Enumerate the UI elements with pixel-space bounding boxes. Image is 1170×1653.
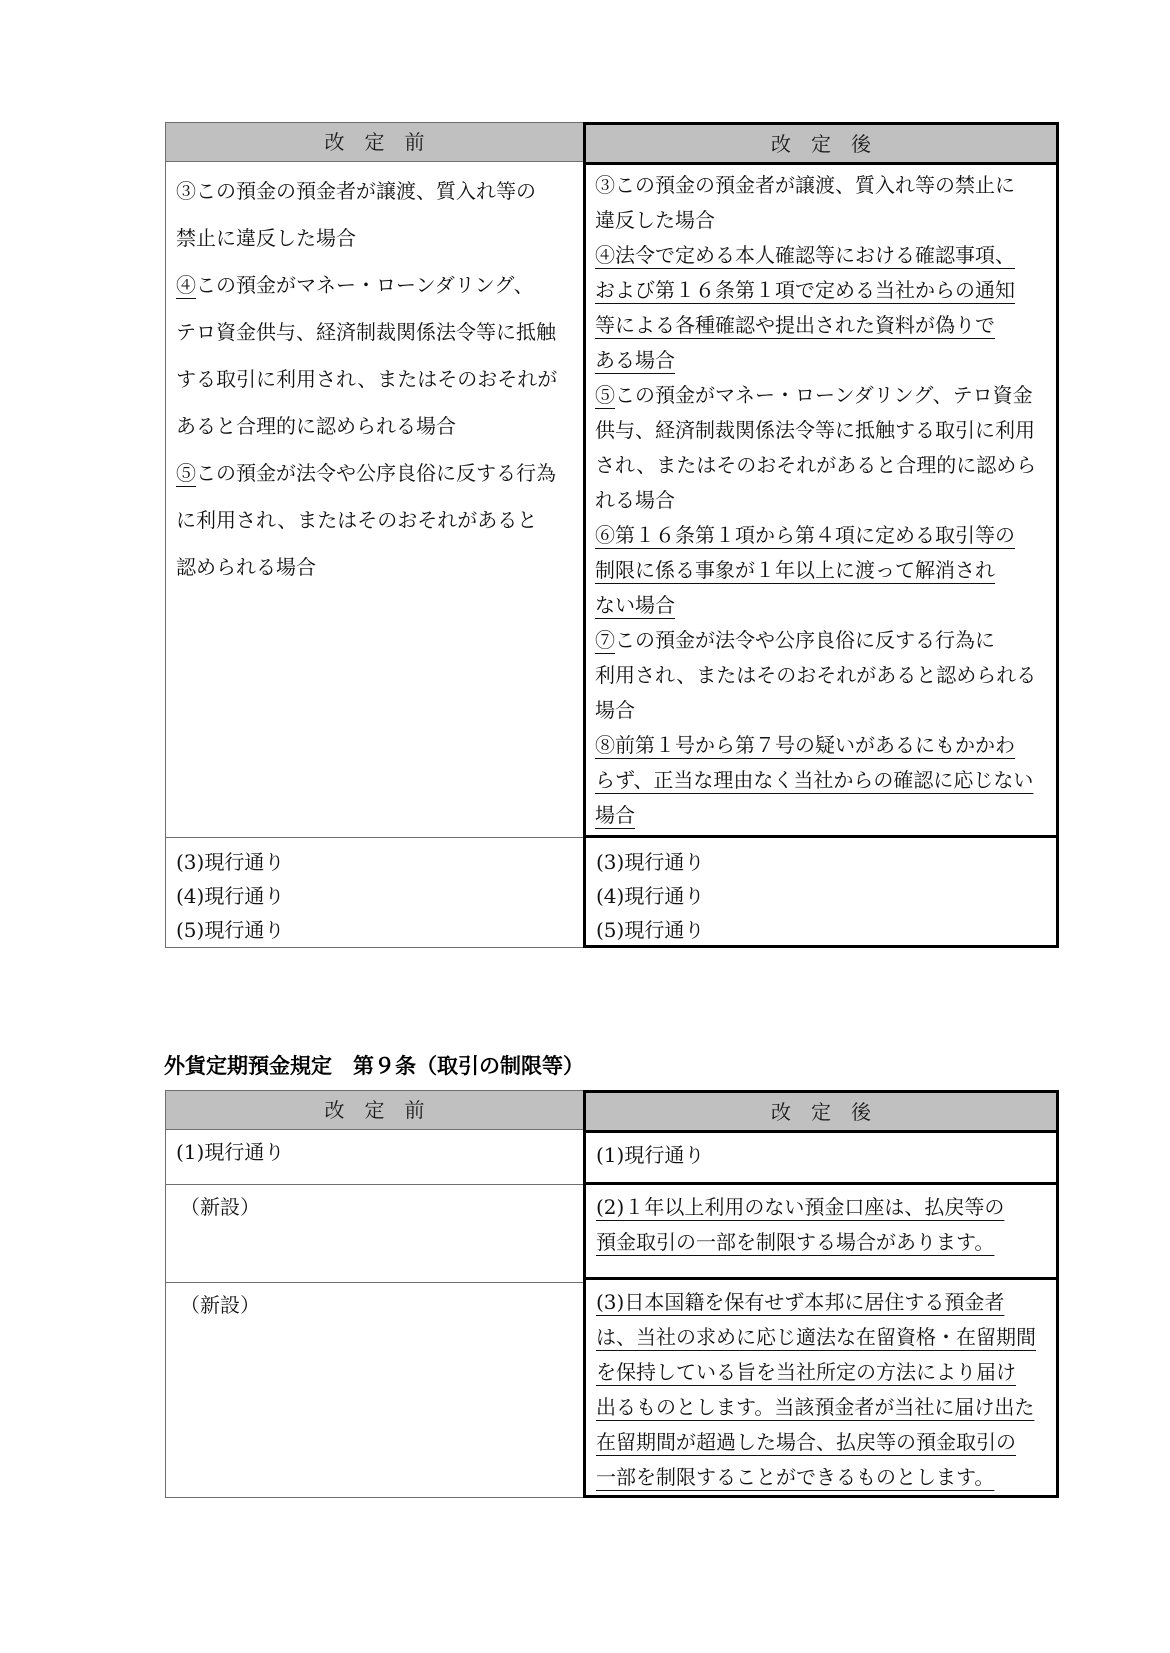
text-line: (3)現行通り (176, 845, 573, 879)
underlined-text: ない場合 (595, 593, 675, 617)
underlined-text: を保持している旨を当社所定の方法により届け (596, 1360, 1016, 1384)
after-item-2-cell: (2)１年以上利用のない預金口座は、払戻等の預金取引の一部を制限する場合がありま… (586, 1185, 1056, 1280)
text: 供与、経済制裁関係法令等に抵触する取引に利用 (595, 418, 1035, 442)
underlined-text: および第１６条第１項で定める当社からの通知 (595, 278, 1015, 302)
text: 禁止に違反した場合 (176, 226, 356, 250)
text-line: (1)現行通り (176, 1135, 573, 1170)
text: され、またはそのおそれがあると合理的に認めら (595, 453, 1036, 477)
before-unchanged-items-cell: (3)現行通り(4)現行通り(5)現行通り (165, 838, 583, 948)
text-line: ③この預金の預金者が譲渡、質入れ等の (176, 168, 573, 215)
text-line: ④この預金がマネー・ローンダリング、 (176, 262, 573, 309)
after-item-3-cell: (3)日本国籍を保有せず本邦に居住する預金者は、当社の求めに応じ適法な在留資格・… (586, 1280, 1056, 1495)
text-line: および第１６条第１項で定める当社からの通知 (595, 273, 1046, 308)
text: (1)現行通り (176, 1140, 284, 1164)
text-line: (1)現行通り (596, 1138, 1046, 1173)
text-line: ある場合 (595, 343, 1046, 378)
text-line: 違反した場合 (595, 203, 1046, 238)
underlined-text: 場合 (595, 803, 635, 827)
text-line: 禁止に違反した場合 (176, 215, 573, 262)
text: れる場合 (595, 488, 675, 512)
text-line: を保持している旨を当社所定の方法により届け (596, 1355, 1046, 1390)
text-line: 出るものとします。当該預金者が当社に届け出た (596, 1390, 1046, 1425)
underlined-text: ⑥第１６条第１項から第４項に定める取引等の (595, 523, 1015, 547)
text-line: 認められる場合 (176, 544, 573, 591)
before-revision-column: 改 定 前 ③この預金の預金者が譲渡、質入れ等の禁止に違反した場合④この預金がマ… (165, 122, 583, 948)
text: テロ資金供与、経済制裁関係法令等に抵触 (176, 320, 556, 344)
text: (5)現行通り (596, 918, 704, 942)
text: 利用され、またはそのおそれがあると認められる (595, 663, 1036, 687)
text-line: ⑤この預金がマネー・ローンダリング、テロ資金 (595, 378, 1046, 413)
text-line: は、当社の求めに応じ適法な在留資格・在留期間 (596, 1320, 1046, 1355)
text-line: され、またはそのおそれがあると合理的に認めら (595, 448, 1046, 483)
text: (3)現行通り (176, 850, 284, 874)
underlined-text: (2)１年以上利用のない預金口座は、払戻等の (596, 1195, 1004, 1219)
text-line: ④法令で定める本人確認等における確認事項、 (595, 238, 1046, 273)
text-line: ③この預金の預金者が譲渡、質入れ等の禁止に (595, 168, 1046, 203)
text-line: 供与、経済制裁関係法令等に抵触する取引に利用 (595, 413, 1046, 448)
text-line: (4)現行通り (176, 879, 573, 913)
text: ③この預金の預金者が譲渡、質入れ等の (176, 179, 536, 203)
underlined-text: ある場合 (595, 348, 675, 372)
text-line: 在留期間が超過した場合、払戻等の預金取引の (596, 1425, 1046, 1460)
after-header-cell: 改 定 後 (586, 1093, 1056, 1133)
before-header-cell: 改 定 前 (165, 122, 583, 162)
text: 違反した場合 (595, 208, 715, 232)
text: 認められる場合 (176, 555, 316, 579)
text-line: (4)現行通り (596, 879, 1046, 913)
text: あると合理的に認められる場合 (176, 414, 456, 438)
text-line: ⑤この預金が法令や公序良俗に反する行為 (176, 450, 573, 497)
underlined-text: ⑦ (595, 628, 615, 652)
text: 場合 (595, 698, 635, 722)
text: （新設） (180, 1195, 260, 1219)
text-line: 等による各種確認や提出された資料が偽りで (595, 308, 1046, 343)
underlined-text: 預金取引の一部を制限する場合があります。 (596, 1230, 994, 1254)
text: に利用され、またはそのおそれがあると (176, 508, 537, 532)
revision-comparison-table-2: 改 定 前 (1)現行通り （新設） （新設） 改 定 後 (1)現行通り (2… (165, 1090, 1059, 1498)
underlined-text: は、当社の求めに応じ適法な在留資格・在留期間 (596, 1325, 1036, 1349)
underlined-text: ⑧前第１号から第７号の疑いがあるにもかかわ (595, 733, 1015, 757)
underlined-text: 出るものとします。当該預金者が当社に届け出た (596, 1395, 1034, 1419)
text: (4)現行通り (176, 884, 284, 908)
before-header-cell: 改 定 前 (165, 1090, 583, 1130)
text: この預金が法令や公序良俗に反する行為 (196, 461, 556, 485)
text-line: ない場合 (595, 588, 1046, 623)
text: (3)現行通り (596, 850, 704, 874)
text-line: テロ資金供与、経済制裁関係法令等に抵触 (176, 309, 573, 356)
text: ③この預金の預金者が譲渡、質入れ等の禁止に (595, 173, 1015, 197)
underlined-text: 一部を制限することができるものとします。 (596, 1465, 994, 1489)
underlined-text: らず、正当な理由なく当社からの確認に応じない (595, 768, 1033, 792)
underlined-text: (3)日本国籍を保有せず本邦に居住する預金者 (596, 1290, 1004, 1314)
revision-comparison-table-1: 改 定 前 ③この預金の預金者が譲渡、質入れ等の禁止に違反した場合④この預金がマ… (165, 122, 1059, 948)
text-line: ⑥第１６条第１項から第４項に定める取引等の (595, 518, 1046, 553)
text-line: 場合 (595, 693, 1046, 728)
text-line: (5)現行通り (596, 913, 1046, 945)
after-item-1-cell: (1)現行通り (586, 1133, 1056, 1185)
text-line: ⑦この預金が法令や公序良俗に反する行為に (595, 623, 1046, 658)
text: この預金がマネー・ローンダリング、テロ資金 (615, 383, 1033, 407)
before-item-2-cell: （新設） (165, 1185, 583, 1283)
text-line: （新設） (180, 1288, 573, 1323)
text-line: あると合理的に認められる場合 (176, 403, 573, 450)
text: (4)現行通り (596, 884, 704, 908)
text-line: する取引に利用され、またはそのおそれが (176, 356, 573, 403)
after-clause-cell: ③この預金の預金者が譲渡、質入れ等の禁止に違反した場合④法令で定める本人確認等に… (586, 165, 1056, 838)
after-revision-column: 改 定 後 ③この預金の預金者が譲渡、質入れ等の禁止に違反した場合④法令で定める… (583, 122, 1059, 948)
after-header-cell: 改 定 後 (586, 125, 1056, 165)
underlined-text: ⑤ (595, 383, 615, 407)
underlined-text: 等による各種確認や提出された資料が偽りで (595, 313, 995, 337)
text: この預金がマネー・ローンダリング、 (196, 273, 534, 297)
text: (5)現行通り (176, 918, 284, 942)
text: （新設） (180, 1293, 260, 1317)
text-line: (3)日本国籍を保有せず本邦に居住する預金者 (596, 1285, 1046, 1320)
after-revision-column: 改 定 後 (1)現行通り (2)１年以上利用のない預金口座は、払戻等の預金取引… (583, 1090, 1059, 1498)
after-unchanged-items-cell: (3)現行通り(4)現行通り(5)現行通り (586, 838, 1056, 945)
text: この預金が法令や公序良俗に反する行為に (615, 628, 995, 652)
text-line: らず、正当な理由なく当社からの確認に応じない (595, 763, 1046, 798)
text-line: 預金取引の一部を制限する場合があります。 (596, 1225, 1046, 1260)
section-heading: 外貨定期預金規定 第９条（取引の制限等） (164, 1052, 1052, 1080)
text: (1)現行通り (596, 1143, 704, 1167)
text-line: （新設） (180, 1190, 573, 1225)
underlined-text: ⑤ (176, 461, 196, 485)
text-line: (2)１年以上利用のない預金口座は、払戻等の (596, 1190, 1046, 1225)
text-line: (3)現行通り (596, 845, 1046, 879)
text: する取引に利用され、またはそのおそれが (176, 367, 557, 391)
before-clause-cell: ③この預金の預金者が譲渡、質入れ等の禁止に違反した場合④この預金がマネー・ローン… (165, 162, 583, 838)
text-line: れる場合 (595, 483, 1046, 518)
underlined-text: 制限に係る事象が１年以上に渡って解消され (595, 558, 995, 582)
underlined-text: ④ (176, 273, 196, 297)
text-line: に利用され、またはそのおそれがあると (176, 497, 573, 544)
before-item-1-cell: (1)現行通り (165, 1130, 583, 1185)
text-line: 場合 (595, 798, 1046, 833)
underlined-text: 在留期間が超過した場合、払戻等の預金取引の (596, 1430, 1016, 1454)
text-line: 一部を制限することができるものとします。 (596, 1460, 1046, 1495)
text-line: 制限に係る事象が１年以上に渡って解消され (595, 553, 1046, 588)
underlined-text: ④法令で定める本人確認等における確認事項、 (595, 243, 1015, 267)
text-line: (5)現行通り (176, 913, 573, 947)
text-line: ⑧前第１号から第７号の疑いがあるにもかかわ (595, 728, 1046, 763)
before-item-3-cell: （新設） (165, 1283, 583, 1498)
before-revision-column: 改 定 前 (1)現行通り （新設） （新設） (165, 1090, 583, 1498)
text-line: 利用され、またはそのおそれがあると認められる (595, 658, 1046, 693)
